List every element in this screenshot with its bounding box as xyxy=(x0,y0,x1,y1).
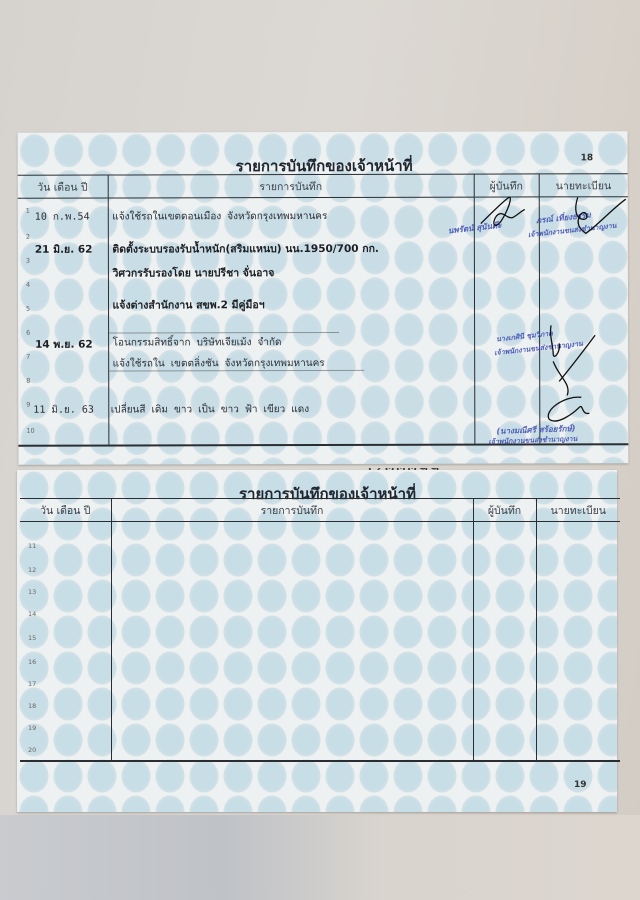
line-number: 11 xyxy=(28,542,36,550)
line-number: 17 xyxy=(28,680,36,688)
line-number: 6 xyxy=(26,329,30,337)
table-surface-shadow xyxy=(0,815,640,900)
column-header-date: วัน เดือน ปี xyxy=(18,175,108,198)
line-number: 18 xyxy=(28,702,36,710)
line-number: 10 xyxy=(26,427,34,435)
entry-column xyxy=(111,522,473,760)
page-number: 18 xyxy=(581,153,594,163)
line-number: 1 xyxy=(26,207,30,215)
entry-date: 11 มิ.ย. 63 xyxy=(33,403,94,418)
column-header-date: วัน เดือน ปี xyxy=(20,499,111,522)
records-table: วัน เดือน ปี รายการบันทึก ผู้บันทึก นายท… xyxy=(20,498,620,760)
line-number: 7 xyxy=(26,353,30,361)
line-number: 3 xyxy=(26,257,30,265)
entry-column: แจ้งใช้รถในเขตดอนเมือง จังหวัดกรุงเทพมหา… xyxy=(108,197,475,444)
column-header-entry: รายการบันทึก xyxy=(108,174,474,198)
entry-text: ติดตั้งระบบรองรับน้ำหนัก(สริมแหนบ) นน.19… xyxy=(112,240,379,258)
line-number: 20 xyxy=(28,746,36,754)
entry-text: แจ้งใช้รถในเขตดอนเมือง จังหวัดกรุงเทพมหา… xyxy=(112,209,327,225)
column-header-recorder: ผู้บันทึก xyxy=(473,499,536,522)
column-header-registrar: นายทะเบียน xyxy=(536,499,620,522)
line-number: 4 xyxy=(26,281,30,289)
entry-date: 14 พ.ย. 62 xyxy=(35,336,93,353)
entry-date: 21 มิ.ย. 62 xyxy=(35,241,93,258)
line-number: 9 xyxy=(26,401,30,409)
line-number: 2 xyxy=(26,233,30,241)
column-header-entry: รายการบันทึก xyxy=(111,499,473,522)
officer-stamp-title: เจ้าพนักงานขนส่งชำนาญงาน xyxy=(488,434,577,448)
signature-icon xyxy=(558,189,628,239)
record-page-bottom: รายการบันทึกของเจ้าหน้าที่ วัน เดือน ปี … xyxy=(17,470,617,812)
line-number: 13 xyxy=(28,588,36,596)
entry-text: แจ้งต่างสำนักงาน สขพ.2 มีคู่มือฯ xyxy=(112,296,264,313)
record-page-top: รายการบันทึกของเจ้าหน้าที่ 18 วัน เดือน … xyxy=(18,131,629,465)
date-column: 1 2 3 4 5 6 7 8 9 10 10 ก.พ.54 21 มิ.ย. … xyxy=(18,198,109,444)
line-number: 12 xyxy=(28,566,36,574)
recorder-column xyxy=(473,522,536,760)
entry-text: วิศวกรรับรองโดย นายปรีชา จั่นอาจ xyxy=(112,264,274,281)
line-number: 19 xyxy=(28,724,36,732)
table-bottom-border xyxy=(20,760,620,762)
signature-icon xyxy=(523,321,603,431)
line-number: 8 xyxy=(26,377,30,385)
registrar-column xyxy=(536,522,620,760)
entry-text: โอนกรรมสิทธิ์จาก บริษัทเจียเม้ง จำกัด xyxy=(113,335,282,350)
signature-icon xyxy=(473,193,533,233)
line-number: 14 xyxy=(28,610,36,618)
date-column: 11 12 13 14 15 16 17 18 19 20 xyxy=(20,522,111,760)
rule-line xyxy=(109,332,339,334)
rule-line xyxy=(109,370,364,372)
entry-text: เปลี่ยนสี เดิม ขาว เป็น ขาว ฟ้า เขียว แด… xyxy=(111,402,309,418)
entry-date: 10 ก.พ.54 xyxy=(35,210,90,225)
line-number: 16 xyxy=(28,658,36,666)
page-number: 19 xyxy=(574,780,587,790)
line-number: 5 xyxy=(26,305,30,313)
line-number: 15 xyxy=(28,634,36,642)
